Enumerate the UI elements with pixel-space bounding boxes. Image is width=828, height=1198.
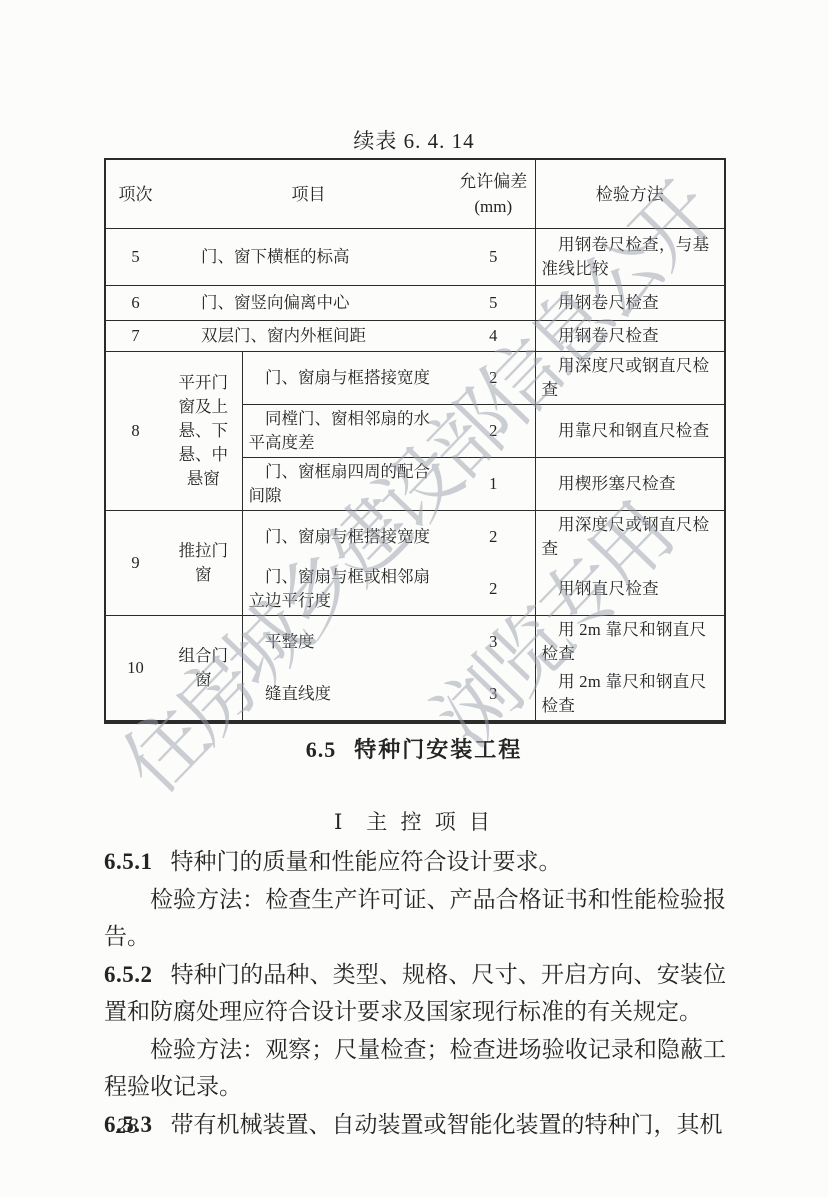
method-cell: 用深度尺或钢直尺检查 [535, 352, 725, 405]
item-cell: 门、窗扇与框搭接宽度 [242, 352, 452, 405]
method-cell: 用靠尺和钢直尺检查 [535, 405, 725, 458]
method-cell: 用钢卷尺检查，与基准线比较 [535, 229, 725, 286]
item-cell: 门、窗框扇四周的配合间隙 [242, 458, 452, 511]
col-header-index: 项次 [105, 159, 165, 229]
col-header-item: 项目 [165, 159, 452, 229]
paragraph-method-1: 检验方法：检查生产许可证、产品合格证书和性能检验报告。 [104, 881, 726, 956]
row-index: 8 [105, 352, 165, 511]
method-cell: 用楔形塞尺检查 [535, 458, 725, 511]
row-index: 6 [105, 286, 165, 321]
paragraph-6.5.2: 6.5.2特种门的品种、类型、规格、尺寸、开启方向、安装位置和防腐处理应符合设计… [104, 956, 726, 1031]
table-row-6: 6门、窗竖向偏离中心5用钢卷尺检查 [105, 286, 725, 321]
deviation-cell: 3 [452, 616, 535, 669]
row-group-label: 平开门窗及上悬、下悬、中悬窗 [165, 352, 242, 511]
paragraph-text: 特种门的质量和性能应符合设计要求。 [171, 849, 562, 874]
method-cell: 用 2m 靠尺和钢直尺检查 [535, 616, 725, 669]
item-cell: 门、窗竖向偏离中心 [165, 286, 452, 321]
deviation-cell: 5 [452, 229, 535, 286]
method-cell: 用深度尺或钢直尺检查 [535, 511, 725, 564]
table-row-5: 5门、窗下横框的标高5用钢卷尺检查，与基准线比较 [105, 229, 725, 286]
item-cell: 缝直线度 [242, 668, 452, 722]
paragraph-text: 检验方法：观察；尺量检查；检查进场验收记录和隐蔽工程验收记录。 [104, 1037, 726, 1100]
table-row-8-1: 8平开门窗及上悬、下悬、中悬窗门、窗扇与框搭接宽度2用深度尺或钢直尺检查 [105, 352, 725, 405]
item-cell: 门、窗扇与框搭接宽度 [242, 511, 452, 564]
section-title: 特种门安装工程 [354, 737, 522, 762]
row-index: 9 [105, 511, 165, 616]
deviation-cell: 3 [452, 668, 535, 722]
section-heading: 6.5特种门安装工程 [0, 733, 828, 764]
deviation-cell: 1 [452, 458, 535, 511]
method-cell: 用 2m 靠尺和钢直尺检查 [535, 668, 725, 722]
paragraph-text: 检验方法：检查生产许可证、产品合格证书和性能检验报告。 [104, 887, 726, 950]
method-cell: 用钢卷尺检查 [535, 321, 725, 352]
row-group-label: 推拉门窗 [165, 511, 242, 616]
deviation-cell: 2 [452, 511, 535, 564]
row-index: 10 [105, 616, 165, 723]
tolerance-table: 项次 项目 允许偏差(mm) 检验方法 5门、窗下横框的标高5用钢卷尺检查，与基… [104, 158, 726, 724]
deviation-label: 允许偏差 [459, 172, 527, 191]
deviation-unit: (mm) [474, 197, 512, 216]
table-title: 续表 6. 4. 14 [0, 125, 828, 155]
table-header-row: 项次 项目 允许偏差(mm) 检验方法 [105, 159, 725, 229]
section-number: 6.5 [306, 737, 337, 762]
row-index: 5 [105, 229, 165, 286]
item-cell: 双层门、窗内外框间距 [165, 321, 452, 352]
body-paragraphs: 6.5.1特种门的质量和性能应符合设计要求。检验方法：检查生产许可证、产品合格证… [104, 843, 726, 1143]
deviation-cell: 2 [452, 352, 535, 405]
paragraph-text: 特种门的品种、类型、规格、尺寸、开启方向、安装位置和防腐处理应符合设计要求及国家… [104, 962, 726, 1025]
table-row-9-1: 9推拉门窗门、窗扇与框搭接宽度2用深度尺或钢直尺检查 [105, 511, 725, 564]
paragraph-number: 6.5.1 [104, 849, 153, 874]
paragraph-method-3: 检验方法：观察；尺量检查；检查进场验收记录和隐蔽工程验收记录。 [104, 1031, 726, 1106]
deviation-cell: 5 [452, 286, 535, 321]
page-number: 28 [116, 1113, 138, 1139]
table-row-7: 7双层门、窗内外框间距4用钢卷尺检查 [105, 321, 725, 352]
paragraph-6.5.3: 6.5.3带有机械装置、自动装置或智能化装置的特种门，其机 [104, 1106, 726, 1144]
item-cell: 门、窗下横框的标高 [165, 229, 452, 286]
col-header-deviation: 允许偏差(mm) [452, 159, 535, 229]
method-cell: 用钢直尺检查 [535, 563, 725, 616]
subsection-heading: Ⅰ主 控 项 目 [0, 806, 828, 836]
paragraph-number: 6.5.2 [104, 962, 153, 987]
item-cell: 门、窗扇与框或相邻扇立边平行度 [242, 563, 452, 616]
table-row-10-1: 10组合门窗平整度3用 2m 靠尺和钢直尺检查 [105, 616, 725, 669]
subsection-title: 主 控 项 目 [366, 810, 494, 834]
deviation-cell: 4 [452, 321, 535, 352]
paragraph-6.5.1: 6.5.1特种门的质量和性能应符合设计要求。 [104, 843, 726, 881]
method-cell: 用钢卷尺检查 [535, 286, 725, 321]
deviation-cell: 2 [452, 563, 535, 616]
row-index: 7 [105, 321, 165, 352]
col-header-method: 检验方法 [535, 159, 725, 229]
subsection-numeral: Ⅰ [334, 810, 346, 834]
table-body: 5门、窗下横框的标高5用钢卷尺检查，与基准线比较6门、窗竖向偏离中心5用钢卷尺检… [105, 229, 725, 723]
item-cell: 同樘门、窗相邻扇的水平高度差 [242, 405, 452, 458]
document-page: 住房城乡建设部信息公开 浏览专用 续表 6. 4. 14 项次 项目 允许偏差(… [0, 0, 828, 1198]
row-group-label: 组合门窗 [165, 616, 242, 723]
deviation-cell: 2 [452, 405, 535, 458]
paragraph-text: 带有机械装置、自动装置或智能化装置的特种门，其机 [171, 1112, 723, 1137]
item-cell: 平整度 [242, 616, 452, 669]
